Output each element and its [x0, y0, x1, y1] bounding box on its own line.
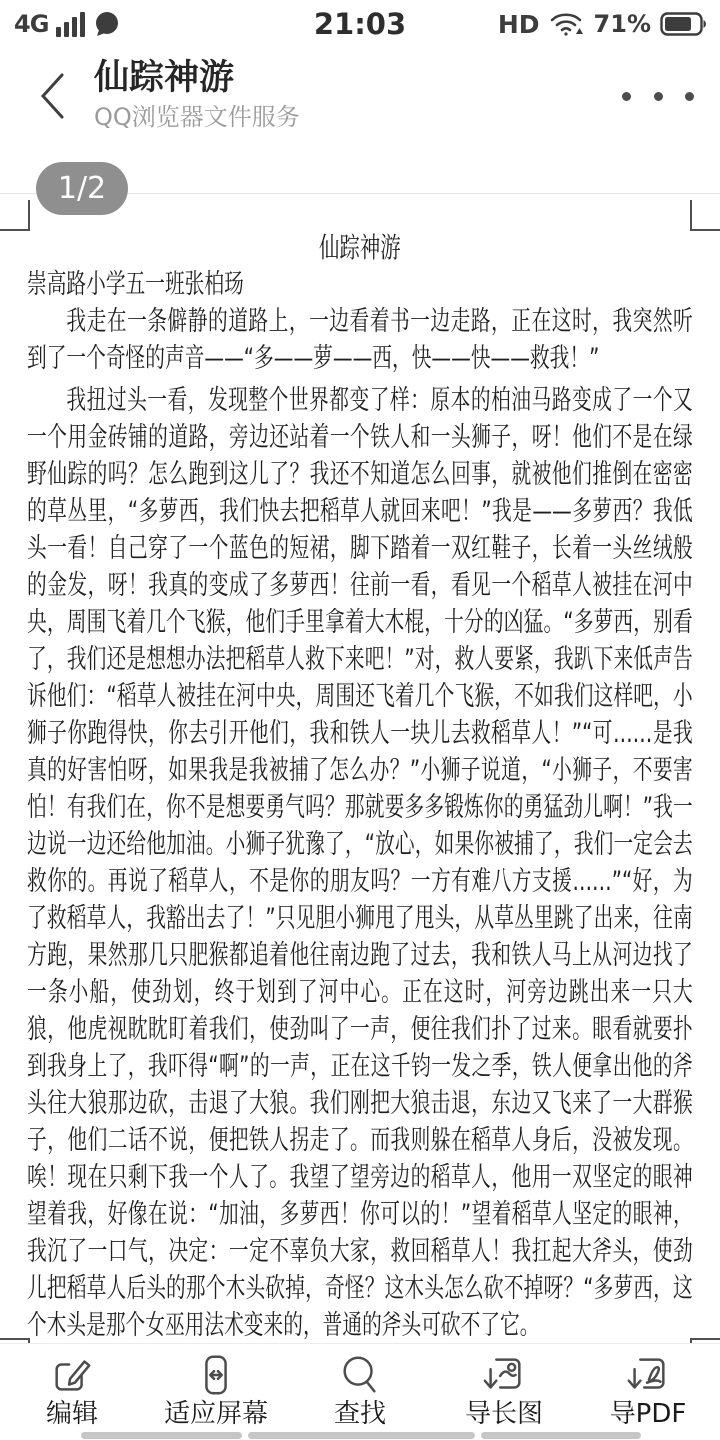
file-title: 仙踪神游 — [94, 56, 300, 100]
status-right-group: HD 71% — [498, 0, 708, 48]
bottom-toolbar: 编辑 适应屏幕 查找 — [0, 1343, 720, 1440]
nav-hint-bar-center — [248, 1432, 475, 1439]
title-bar: 仙踪神游 QQ浏览器文件服务 — [0, 48, 720, 145]
wifi-icon — [549, 10, 585, 38]
more-menu-button[interactable] — [622, 80, 694, 112]
toolbar-label: 导长图 — [465, 1400, 543, 1428]
header-text-block: 仙踪神游 QQ浏览器文件服务 — [94, 56, 300, 134]
edit-button[interactable]: 编辑 — [0, 1344, 144, 1440]
page-number-badge: 1/2 — [36, 162, 128, 215]
export-pdf-button[interactable]: 导PDF — [576, 1344, 720, 1440]
document-author-line: 崇高路小学五一班张柏玚 — [27, 266, 693, 303]
toolbar-label: 查找 — [334, 1400, 386, 1428]
document-title: 仙踪神游 — [27, 229, 693, 266]
document-paragraph: 我扭过头一看，发现整个世界都变了样：原本的柏油马路变成了一个又一个用金砖铺的道路… — [27, 382, 693, 1344]
nav-hint-bar-left — [81, 1432, 242, 1439]
back-button[interactable] — [36, 70, 76, 122]
page-corner-mark-top-left — [0, 200, 30, 231]
document-paragraph: 我走在一条僻静的道路上，一边看着书一边走路，正在这时，我突然听到了一个奇怪的声音… — [27, 303, 693, 377]
toolbar-label: 适应屏幕 — [164, 1400, 268, 1428]
file-source-subtitle: QQ浏览器文件服务 — [94, 100, 300, 134]
battery-icon — [660, 10, 708, 38]
document-viewer-screen: 4G 21:03 HD — [0, 0, 720, 1440]
export-pdf-icon — [625, 1352, 671, 1398]
export-long-image-icon — [481, 1352, 527, 1398]
export-long-image-button[interactable]: 导长图 — [432, 1344, 576, 1440]
status-bar: 4G 21:03 HD — [0, 0, 720, 48]
edit-icon — [49, 1352, 95, 1398]
toolbar-label: 导PDF — [610, 1400, 687, 1428]
fit-screen-button[interactable]: 适应屏幕 — [144, 1344, 288, 1440]
battery-percent-label: 71% — [594, 10, 651, 38]
chevron-left-icon — [36, 70, 76, 122]
search-icon — [337, 1352, 383, 1398]
hd-volte-icon: HD — [498, 10, 540, 39]
document-page[interactable]: 仙踪神游 崇高路小学五一班张柏玚 我走在一条僻静的道路上，一边看着书一边走路，正… — [27, 229, 693, 1349]
find-button[interactable]: 查找 — [288, 1344, 432, 1440]
more-dots-icon — [622, 92, 631, 101]
nav-hint-bar-right — [481, 1432, 641, 1439]
page-corner-mark-top-right — [690, 200, 720, 231]
toolbar-label: 编辑 — [46, 1400, 98, 1428]
fit-screen-icon — [193, 1352, 239, 1398]
